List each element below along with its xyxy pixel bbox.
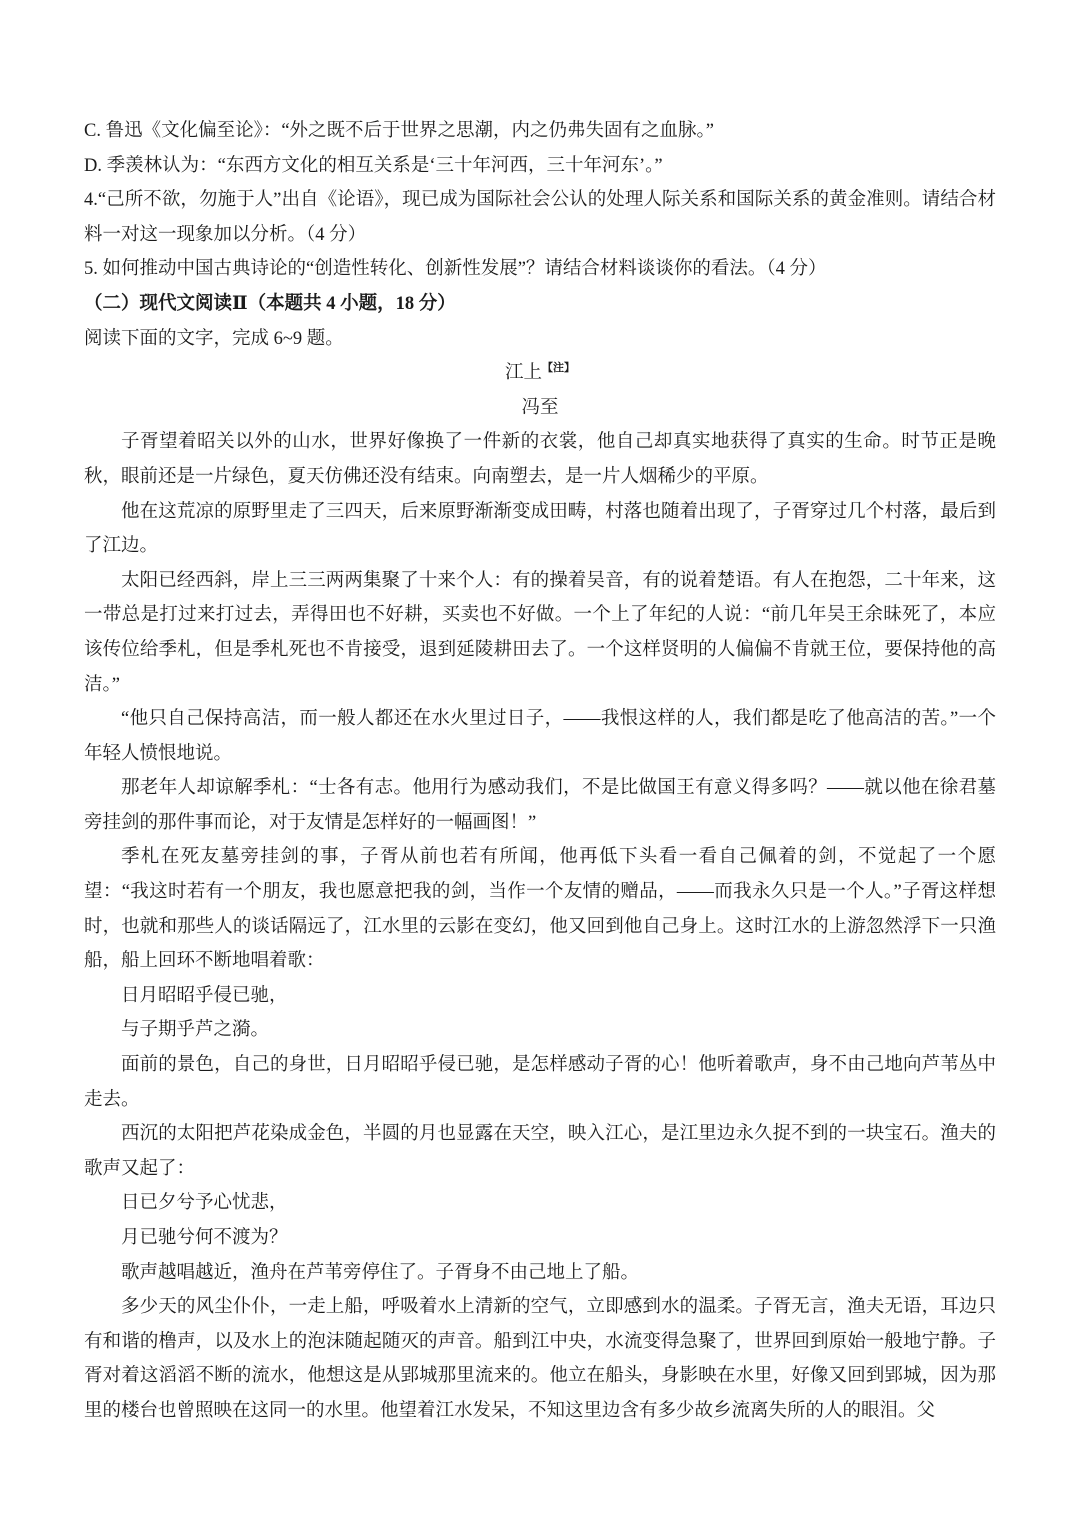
passage-paragraph: 那老年人却谅解季札：“士各有志。他用行为感动我们，不是比做国王有意义得多吗？——… — [84, 771, 996, 840]
passage-paragraph: 歌声越唱越近，渔舟在芦苇旁停住了。子胥身不由己地上了船。 — [84, 1256, 996, 1291]
choice-option-c: C. 鲁迅《文化偏至论》：“外之既不后于世界之思潮，内之仍弗失固有之血脉。” — [84, 114, 996, 149]
song-verse-line: 日月昭昭乎侵已驰， — [84, 979, 996, 1014]
song-verse-line: 与子期乎芦之漪。 — [84, 1013, 996, 1048]
passage-paragraph: 太阳已经西斜，岸上三三两两集聚了十来个人：有的操着吴音，有的说着楚语。有人在抱怨… — [84, 564, 996, 702]
passage-paragraph: 面前的景色，自己的身世，日月昭昭乎侵已驰，是怎样感动子胥的心！他听着歌声，身不由… — [84, 1048, 996, 1117]
passage-paragraph: 多少天的风尘仆仆，一走上船，呼吸着水上清新的空气，立即感到水的温柔。子胥无言，渔… — [84, 1290, 996, 1428]
choice-option-d: D. 季羡林认为：“东西方文化的相互关系是‘三十年河西，三十年河东’。” — [84, 149, 996, 184]
passage-paragraph: 季札在死友墓旁挂剑的事，子胥从前也若有所闻，他再低下头看一看自己佩着的剑，不觉起… — [84, 840, 996, 978]
document-page: C. 鲁迅《文化偏至论》：“外之既不后于世界之思潮，内之仍弗失固有之血脉。” D… — [84, 114, 996, 1429]
question-4: 4.“己所不欲，勿施于人”出自《论语》，现已成为国际社会公认的处理人际关系和国际… — [84, 183, 996, 252]
passage-title-line: 江上【注】 — [84, 356, 996, 391]
passage-paragraph: 子胥望着昭关以外的山水，世界好像换了一件新的衣裳，他自己却真实地获得了真实的生命… — [84, 425, 996, 494]
footnote-marker: 【注】 — [542, 362, 575, 374]
section-heading: （二）现代文阅读Ⅱ（本题共 4 小题，18 分） — [84, 287, 996, 322]
passage-paragraph: 他在这荒凉的原野里走了三四天，后来原野渐渐变成田畴，村落也随着出现了，子胥穿过几… — [84, 495, 996, 564]
song-verse-line: 日已夕兮予心忧悲， — [84, 1186, 996, 1221]
passage-paragraph: “他只自己保持高洁，而一般人都还在水火里过日子，——我恨这样的人，我们都是吃了他… — [84, 702, 996, 771]
reading-instruction: 阅读下面的文字，完成 6~9 题。 — [84, 322, 996, 357]
passage-title: 江上 — [505, 363, 542, 383]
question-5: 5. 如何推动中国古典诗论的“创造性转化、创新性发展”？请结合材料谈谈你的看法。… — [84, 252, 996, 287]
passage-paragraph: 西沉的太阳把芦花染成金色，半圆的月也显露在天空，映入江心，是江里边永久捉不到的一… — [84, 1117, 996, 1186]
song-verse-line: 月已驰兮何不渡为？ — [84, 1221, 996, 1256]
passage-author: 冯至 — [84, 391, 996, 426]
